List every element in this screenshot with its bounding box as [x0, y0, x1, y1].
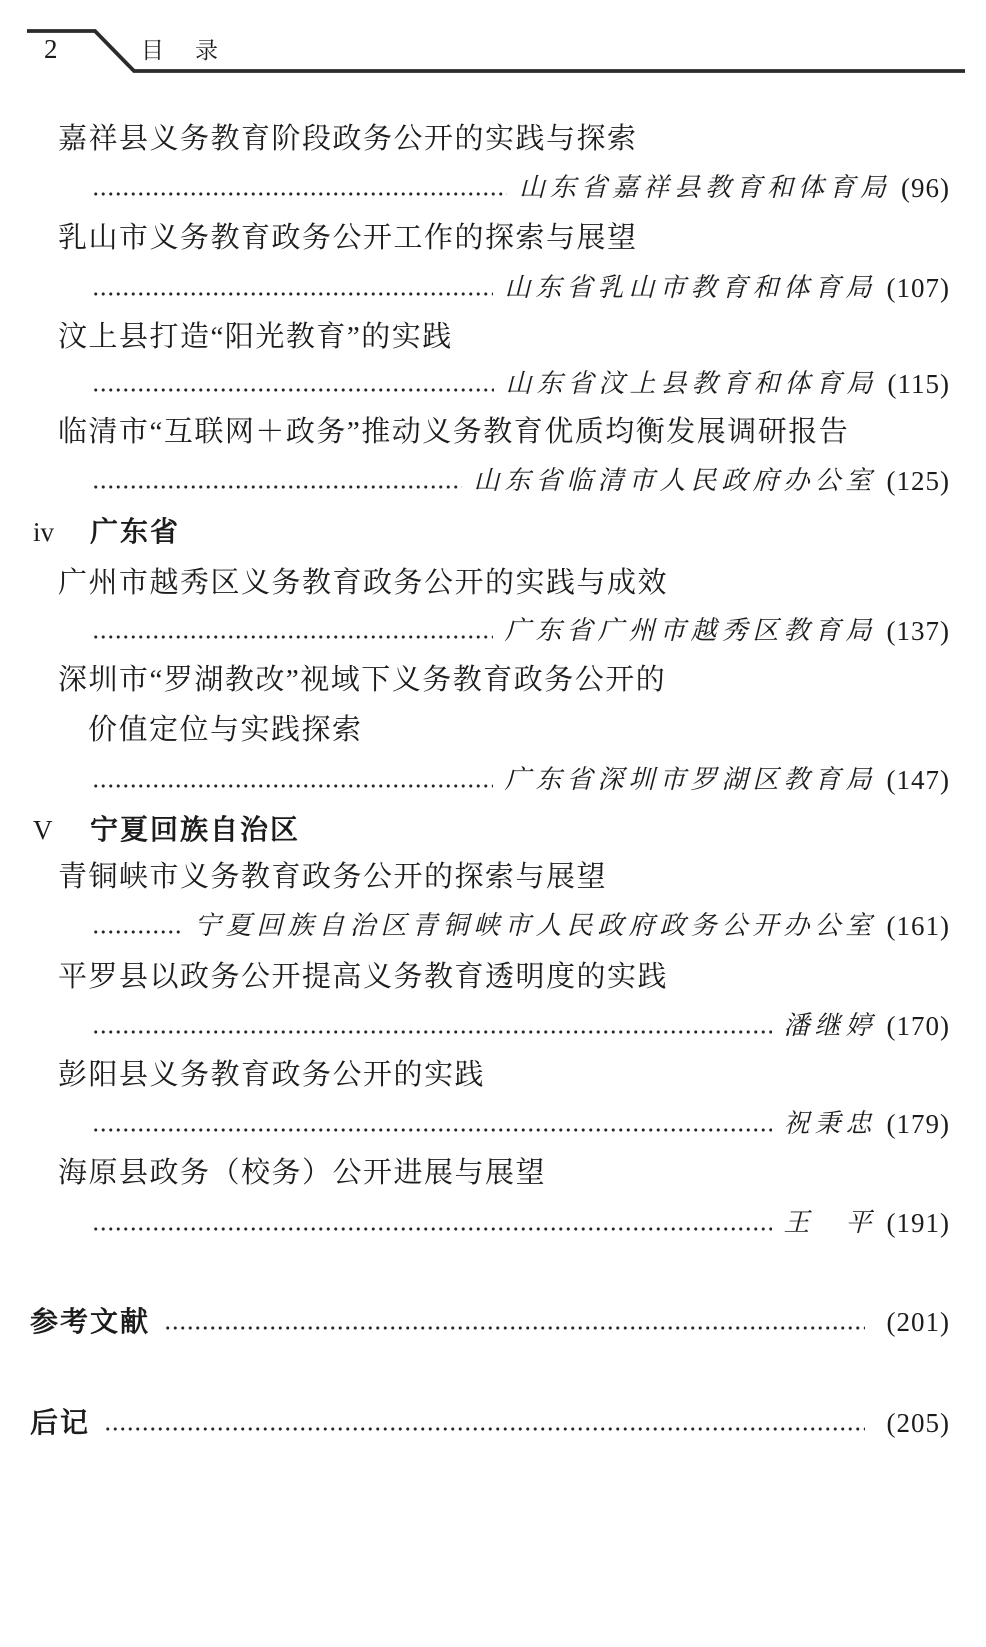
entry-title: 深圳市“罗湖教改”视域下义务教育政务公开的	[58, 660, 666, 700]
entry-title: 彭阳县义务教育政务公开的实践	[58, 1055, 485, 1095]
entry-title-text: 临清市“互联网＋政务”推动义务教育优质均衡发展调研报告	[58, 416, 849, 448]
entry-title-text: 海原县政务（校务）公开进展与展望	[58, 1157, 546, 1189]
section-numeral: iv	[33, 512, 90, 552]
entry-author: 宁夏回族自治区青铜峡市人民政府政务公开办公室	[195, 906, 877, 946]
entry-page-number: (115)	[888, 364, 950, 404]
entry-title-text: 嘉祥县义务教育阶段政务公开的实践与探索	[58, 123, 638, 155]
dot-leader	[92, 483, 462, 491]
toc-heading: 目 录	[141, 38, 222, 64]
entry-page-number: (125)	[887, 461, 950, 501]
backmatter-title: 后记	[30, 1403, 90, 1443]
dot-leader	[92, 386, 494, 394]
entry-author: 山东省汶上县教育和体育局	[506, 364, 878, 404]
entry-page-number: (96)	[901, 168, 950, 208]
entry-author-line: 祝秉忠 (179)	[92, 1104, 950, 1144]
entry-author: 潘继婷	[784, 1006, 877, 1046]
entry-author-line: 山东省临清市人民政府办公室 (125)	[92, 461, 950, 501]
entry-page-number: (170)	[887, 1006, 950, 1046]
entry-author: 广东省广州市越秀区教育局	[505, 611, 877, 651]
entry-page-number: (179)	[887, 1104, 950, 1144]
backmatter-title: 参考文献	[30, 1302, 150, 1342]
section-numeral: V	[33, 810, 90, 850]
entry-author: 祝秉忠	[784, 1104, 877, 1144]
entry-page-number: (147)	[887, 760, 950, 800]
entry-title-text: 青铜峡市义务教育政务公开的探索与展望	[58, 861, 607, 893]
entry-title: 汶上县打造“阳光教育”的实践	[58, 317, 453, 357]
running-page-number: 2	[44, 34, 58, 64]
entry-title: 乳山市义务教育政务公开工作的探索与展望	[58, 218, 638, 258]
section-title: 广东省	[90, 516, 180, 547]
dot-leader	[92, 633, 493, 641]
entry-title-text: 平罗县以政务公开提高义务教育透明度的实践	[58, 961, 668, 993]
dot-leader	[104, 1425, 865, 1433]
entry-title: 平罗县以政务公开提高义务教育透明度的实践	[58, 957, 668, 997]
entry-author: 王 平	[784, 1203, 877, 1243]
entry-page-number: (191)	[887, 1203, 950, 1243]
entry-page-number: (161)	[887, 906, 950, 946]
toc-page: 2 目 录 嘉祥县义务教育阶段政务公开的实践与探索 山东省嘉祥县教育和体育局 (…	[0, 0, 986, 1647]
dot-leader	[164, 1324, 865, 1332]
entry-author-line: 潘继婷 (170)	[92, 1006, 950, 1046]
entry-title: 海原县政务（校务）公开进展与展望	[58, 1153, 546, 1193]
entry-title-continued: 价值定位与实践探索	[88, 710, 363, 750]
entry-author-line: 山东省嘉祥县教育和体育局 (96)	[92, 168, 950, 208]
entry-author-line: 广东省广州市越秀区教育局 (137)	[92, 611, 950, 651]
section-title: 宁夏回族自治区	[90, 814, 300, 845]
entry-title: 嘉祥县义务教育阶段政务公开的实践与探索	[58, 119, 638, 159]
dot-leader	[92, 1028, 772, 1036]
dot-leader	[92, 928, 183, 936]
entry-title: 广州市越秀区义务教育政务公开的实践与成效	[58, 563, 668, 603]
entry-author: 山东省嘉祥县教育和体育局	[519, 168, 891, 208]
dot-leader	[92, 190, 507, 198]
backmatter-row: 参考文献 (201)	[30, 1302, 950, 1342]
entry-author-line: 广东省深圳市罗湖区教育局 (147)	[92, 760, 950, 800]
entry-author-line: 山东省乳山市教育和体育局 (107)	[92, 268, 950, 308]
dot-leader	[92, 1225, 772, 1233]
entry-page-number: (137)	[887, 611, 950, 651]
entry-title-text: 乳山市义务教育政务公开工作的探索与展望	[58, 222, 638, 254]
entry-author-line: 宁夏回族自治区青铜峡市人民政府政务公开办公室 (161)	[92, 906, 950, 946]
entry-title: 青铜峡市义务教育政务公开的探索与展望	[58, 857, 607, 897]
backmatter-row: 后记 (205)	[30, 1403, 950, 1443]
entry-author: 山东省临清市人民政府办公室	[474, 461, 877, 501]
entry-title-text: 彭阳县义务教育政务公开的实践	[58, 1059, 485, 1091]
entry-title-text: 广州市越秀区义务教育政务公开的实践与成效	[58, 567, 668, 599]
entry-title-text: 汶上县打造“阳光教育”的实践	[58, 321, 453, 353]
backmatter-page-number: (201)	[887, 1302, 950, 1342]
dot-leader	[92, 1126, 772, 1134]
entry-author: 山东省乳山市教育和体育局	[505, 268, 877, 308]
section-heading: iv广东省	[33, 512, 180, 552]
entry-title: 临清市“互联网＋政务”推动义务教育优质均衡发展调研报告	[58, 412, 849, 452]
entry-title-text: 深圳市“罗湖教改”视域下义务教育政务公开的	[58, 664, 666, 696]
dot-leader	[92, 290, 493, 298]
backmatter-page-number: (205)	[887, 1403, 950, 1443]
entry-page-number: (107)	[887, 268, 950, 308]
entry-author-line: 王 平 (191)	[92, 1203, 950, 1243]
entry-author: 广东省深圳市罗湖区教育局	[505, 760, 877, 800]
entry-author-line: 山东省汶上县教育和体育局 (115)	[92, 364, 950, 404]
dot-leader	[92, 782, 493, 790]
section-heading: V宁夏回族自治区	[33, 810, 300, 850]
entry-title-text: 价值定位与实践探索	[88, 714, 363, 746]
